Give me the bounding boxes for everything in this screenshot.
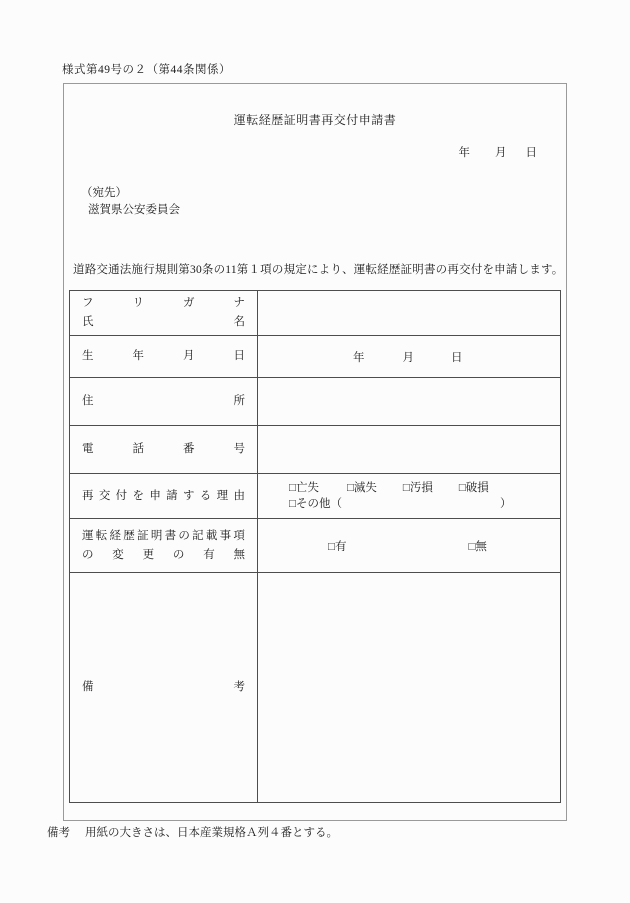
checkbox-other[interactable]: □その他（ [289, 496, 342, 512]
footer-note: 備考用紙の大きさは、日本産業規格Ａ列４番とする。 [47, 824, 338, 840]
birthdate-label: 生年月日 [82, 347, 245, 366]
birth-month-unit: 月 [403, 349, 415, 365]
remarks-field[interactable] [258, 573, 561, 803]
other-reason-write-in[interactable] [342, 496, 500, 512]
checkbox-has-changes[interactable]: □有 [328, 538, 346, 554]
reason-label-cell: 再交付を申請する理由 [70, 474, 258, 519]
change-label-line1: 運転経歴証明書の記載事項 [82, 527, 245, 546]
reason-checkbox-row: □亡失 □滅失 □汚損 □破損 [258, 480, 560, 496]
addressee-name: 滋賀県公安委員会 [88, 201, 180, 217]
furigana-label: フリガナ [82, 294, 245, 313]
change-field: □有 □無 [258, 519, 561, 573]
birthdate-label-cell: 生年月日 [70, 336, 258, 378]
date-year-unit: 年 [459, 147, 471, 159]
form-document-page: 様式第49号の２（第44条関係） 運転経歴証明書再交付申請書 年月日 （宛先） … [0, 0, 630, 903]
table-row: フリガナ 氏名 [70, 291, 561, 336]
date-day-unit: 日 [526, 147, 538, 159]
form-border-box: 運転経歴証明書再交付申請書 年月日 （宛先） 滋賀県公安委員会 道路交通法施行規… [63, 83, 567, 821]
birthdate-units: 年 月 日 [258, 349, 560, 365]
address-field[interactable] [258, 378, 561, 426]
form-code-label: 様式第49号の２（第44条関係） [62, 61, 231, 77]
birth-year-unit: 年 [353, 349, 365, 365]
furigana-name-label-cell: フリガナ 氏名 [70, 291, 258, 336]
address-label-cell: 住所 [70, 378, 258, 426]
application-table: フリガナ 氏名 生年月日 年 月 日 [69, 290, 561, 803]
table-row: 電話番号 [70, 426, 561, 474]
change-options-row: □有 □無 [258, 538, 560, 554]
reason-label: 再交付を申請する理由 [82, 487, 245, 506]
remarks-label: 備考 [82, 678, 245, 697]
phone-field[interactable] [258, 426, 561, 474]
checkbox-loss[interactable]: □亡失 [289, 480, 319, 496]
furigana-name-field[interactable] [258, 291, 561, 336]
change-label-cell: 運転経歴証明書の記載事項 の変更の有無 [70, 519, 258, 573]
application-date-line: 年月日 [459, 144, 538, 160]
table-row: 備考 [70, 573, 561, 803]
reason-other-row: □その他（ ） [258, 496, 560, 512]
birthdate-field[interactable]: 年 月 日 [258, 336, 561, 378]
phone-label: 電話番号 [82, 440, 245, 459]
birth-day-unit: 日 [451, 349, 463, 365]
reason-field: □亡失 □滅失 □汚損 □破損 □その他（ ） [258, 474, 561, 519]
declaration-sentence: 道路交通法施行規則第30条の11第１項の規定により、運転経歴証明書の再交付を申請… [73, 261, 563, 277]
form-title: 運転経歴証明書再交付申請書 [64, 111, 566, 128]
phone-label-cell: 電話番号 [70, 426, 258, 474]
other-close-paren: ） [500, 496, 512, 512]
checkbox-stain[interactable]: □汚損 [403, 480, 433, 496]
checkbox-destruction[interactable]: □滅失 [347, 480, 377, 496]
date-month-unit: 月 [495, 147, 507, 159]
table-row: 運転経歴証明書の記載事項 の変更の有無 □有 □無 [70, 519, 561, 573]
table-row: 生年月日 年 月 日 [70, 336, 561, 378]
checkbox-no-changes[interactable]: □無 [468, 538, 486, 554]
name-label: 氏名 [82, 313, 245, 332]
checkbox-damage[interactable]: □破損 [459, 480, 489, 496]
table-row: 住所 [70, 378, 561, 426]
change-label-line2: の変更の有無 [82, 546, 245, 565]
footer-note-text: 用紙の大きさは、日本産業規格Ａ列４番とする。 [85, 827, 338, 839]
table-row: 再交付を申請する理由 □亡失 □滅失 □汚損 □破損 □その他（ [70, 474, 561, 519]
footer-note-label: 備考 [47, 827, 70, 839]
address-label: 住所 [82, 392, 245, 411]
remarks-label-cell: 備考 [70, 573, 258, 803]
addressee-label: （宛先） [81, 184, 127, 200]
